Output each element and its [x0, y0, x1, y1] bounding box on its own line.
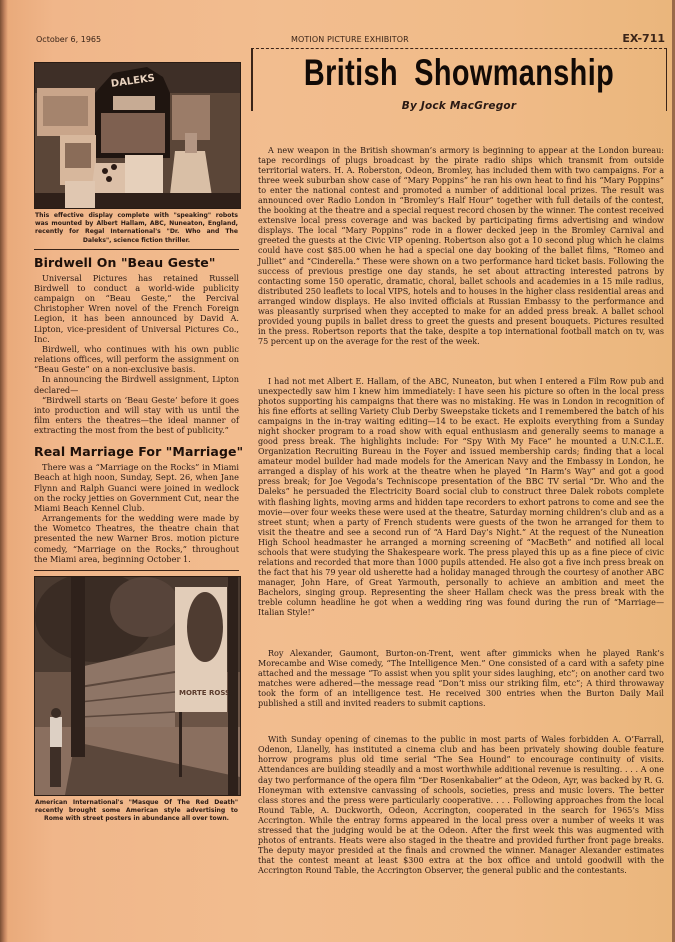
article-byline: By Jock MacGregor — [251, 100, 667, 112]
article-paragraph: With Sunday opening of cinemas to the pu… — [258, 735, 664, 876]
paragraph: There was a “Marriage on the Rocks” in M… — [34, 462, 239, 513]
issue-date: October 6, 1965 — [36, 35, 101, 44]
paragraph-spacer — [258, 347, 664, 377]
rome-photo-caption: American International's "Masque Of The … — [35, 799, 238, 824]
dalek-display-image: DALEKS — [35, 63, 240, 208]
page-binding-edge — [0, 0, 8, 942]
left-column: DALEKS This effective display complete w… — [34, 62, 239, 823]
dalek-photo-caption: This effective display complete with "sp… — [35, 212, 238, 245]
page-header: October 6, 1965 MOTION PICTURE EXHIBITOR… — [36, 34, 665, 48]
article-title: British Showmanship — [297, 54, 621, 92]
story-headline-beau-geste: Birdwell On "Beau Geste" — [34, 255, 239, 270]
paragraph: In announcing the Birdwell assignment, L… — [34, 374, 239, 394]
divider — [34, 249, 239, 250]
paragraph: Birdwell, who continues with his own pub… — [34, 344, 239, 374]
divider — [34, 570, 239, 571]
dalek-display-photo: DALEKS — [34, 62, 241, 209]
article-body: A new weapon in the British showman’s ar… — [258, 146, 664, 876]
paragraph-spacer — [258, 618, 664, 649]
page-number: EX-711 — [622, 32, 665, 45]
paragraph: Universal Pictures has retained Russell … — [34, 273, 239, 344]
story-headline-marriage: Real Marriage For "Marriage" — [34, 444, 239, 459]
article-paragraph: A new weapon in the British showman’s ar… — [258, 146, 664, 347]
rome-street-poster-image: MORTE ROSSA — [35, 577, 240, 795]
story-body-beau-geste: Universal Pictures has retained Russell … — [34, 273, 239, 436]
paragraph-spacer — [258, 709, 664, 735]
poster-text: MORTE ROSSA — [179, 689, 236, 697]
article-paragraph: I had not met Albert E. Hallam, of the A… — [258, 377, 664, 618]
publication-name: MOTION PICTURE EXHIBITOR — [291, 35, 409, 44]
rome-poster-photo: MORTE ROSSA — [34, 576, 241, 796]
paragraph: “Birdwell starts on ‘Beau Geste’ before … — [34, 395, 239, 436]
paragraph: Arrangements for the wedding were made b… — [34, 513, 239, 564]
story-body-marriage: There was a “Marriage on the Rocks” in M… — [34, 462, 239, 564]
article-paragraph: Roy Alexander, Gaumont, Burton-on-Trent,… — [258, 649, 664, 709]
